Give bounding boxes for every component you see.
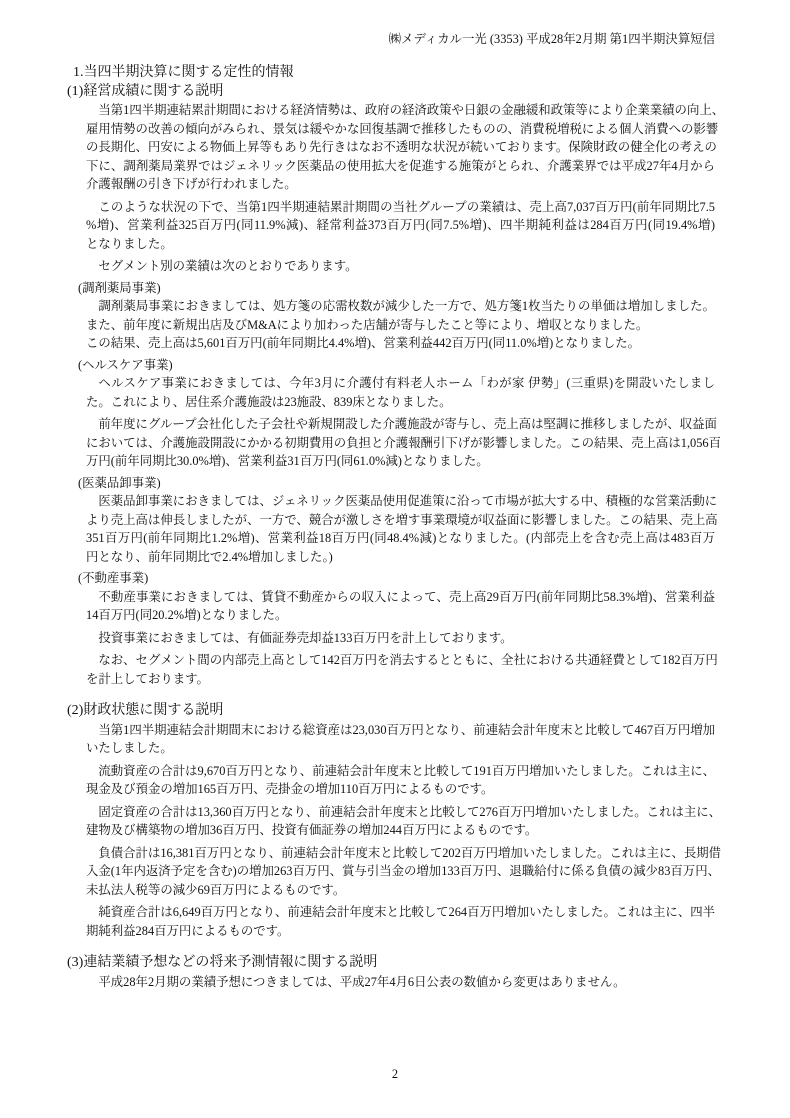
heading-financial-position: (2)財政状態に関する説明 xyxy=(67,702,715,721)
paragraph-line: 負債合計は16,381百万円となり、前連結会計年度末と比較して202百万円増加い… xyxy=(86,844,715,863)
paragraph-line: 現金及び預金の増加165百万円、売掛金の増加110百万円によるものです。 xyxy=(86,780,715,799)
paragraph-elimination: なお、セグメント間の内部売上高として142百万円を消去するとともに、全社における… xyxy=(86,651,715,688)
heading-qualitative-information: 1.当四半期決算に関する定性的情報 xyxy=(73,64,715,83)
paragraph-line: の長期化、円安による物価上昇等もあり先行きはなお不透明な状況が続いております。保… xyxy=(86,138,715,157)
segment-label-healthcare: (ヘルスケア事業) xyxy=(78,356,715,375)
paragraph-line: このような状況の下で、当第1四半期連結累計期間の当社グループの業績は、売上高7,… xyxy=(86,198,715,217)
paragraph-line: 万円(前年同期比30.0%増)、営業利益31百万円(同61.0%減)となりました… xyxy=(86,452,715,471)
paragraph-forecast: 平成28年2月期の業績予想につきましては、平成27年4月6日公表の数値から変更は… xyxy=(86,973,715,992)
paragraph-line: 雇用情勢の改善の傾向がみられ、景気は緩やかな回復基調で推移したものの、消費税増税… xyxy=(86,120,715,139)
paragraph-line: 入金(1年内返済予定を含む)の増加263百万円、賞与引当金の増加133百万円、退… xyxy=(86,862,715,881)
paragraph-line: となりました。 xyxy=(86,235,715,254)
paragraph-line: 純資産合計は6,649百万円となり、前連結会計年度末と比較して264百万円増加い… xyxy=(86,903,715,922)
paragraph-line: 平成28年2月期の業績予想につきましては、平成27年4月6日公表の数値から変更は… xyxy=(86,973,715,992)
heading-forecast: (3)連結業績予想などの将来予測情報に関する説明 xyxy=(67,954,715,973)
paragraph-line: においては、介護施設開設にかかる初期費用の負担と介護報酬引下げが影響しました。こ… xyxy=(86,434,715,453)
paragraph-line: 当第1四半期連結会計期間末における総資産は23,030百万円となり、前連結会計年… xyxy=(86,721,715,740)
paragraph-line: 当第1四半期連結累計期間における経済情勢は、政府の経済政策や日銀の金融緩和政策等… xyxy=(86,101,715,120)
document-page: ㈱メディカル一光 (3353) 平成28年2月期 第1四半期決算短信 1.当四半… xyxy=(0,0,790,1118)
paragraph-line: セグメント別の業績は次のとおりであります。 xyxy=(86,257,715,276)
paragraph-line: 前年度にグループ会社化した子会社や新規開設した介護施設が寄与し、売上高は堅調に推… xyxy=(86,415,715,434)
paragraph-line: た。これにより、居住系介護施設は23施設、839床となりました。 xyxy=(86,393,715,412)
paragraph-line: を計上しております。 xyxy=(86,670,715,689)
paragraph-real-estate: 不動産事業におきましては、賃貸不動産からの収入によって、売上高29百万円(前年同… xyxy=(86,588,715,625)
paragraph-net-assets: 純資産合計は6,649百万円となり、前連結会計年度末と比較して264百万円増加い… xyxy=(86,903,715,940)
document-content: ㈱メディカル一光 (3353) 平成28年2月期 第1四半期決算短信 1.当四半… xyxy=(73,31,715,991)
paragraph-healthcare-2: 前年度にグループ会社化した子会社や新規開設した介護施設が寄与し、売上高は堅調に推… xyxy=(86,415,715,471)
paragraph-line: より売上高は伸長しましたが、一方で、競合が激しさを増す事業環境が収益面に影響しま… xyxy=(86,511,715,530)
segment-label-real-estate: (不動産事業) xyxy=(78,569,715,588)
paragraph-segment-intro: セグメント別の業績は次のとおりであります。 xyxy=(86,257,715,276)
paragraph-healthcare-1: ヘルスケア事業におきましては、今年3月に介護付有料老人ホーム「わが家 伊勢」(三… xyxy=(86,374,715,411)
paragraph-line: 建物及び構築物の増加36百万円、投資有価証券の増加244百万円によるものです。 xyxy=(86,821,715,840)
document-body: 1.当四半期決算に関する定性的情報(1)経営成績に関する説明当第1四半期連結累計… xyxy=(73,64,715,991)
paragraph-line: なお、セグメント間の内部売上高として142百万円を消去するとともに、全社における… xyxy=(86,651,715,670)
paragraph-line: 固定資産の合計は13,360百万円となり、前連結会計年度末と比較して276百万円… xyxy=(86,803,715,822)
paragraph-liabilities: 負債合計は16,381百万円となり、前連結会計年度末と比較して202百万円増加い… xyxy=(86,844,715,900)
paragraph-fixed-assets: 固定資産の合計は13,360百万円となり、前連結会計年度末と比較して276百万円… xyxy=(86,803,715,840)
paragraph-line: 流動資産の合計は9,670百万円となり、前連結会計年度末と比較して191百万円増… xyxy=(86,762,715,781)
paragraph-pharmaceutical-wholesale: 医薬品卸事業におきましては、ジェネリック医薬品使用促進策に沿って市場が拡大する中… xyxy=(86,492,715,566)
segment-label-pharmaceutical-wholesale: (医薬品卸事業) xyxy=(78,474,715,493)
paragraph-line: 351百万円(前年同期比1.2%増)、営業利益18百万円(同48.4%減)となり… xyxy=(86,529,715,548)
paragraph-line: この結果、売上高は5,601百万円(前年同期比4.4%増)、営業利益442百万円… xyxy=(86,334,715,353)
heading-business-results: (1)経営成績に関する説明 xyxy=(67,83,715,102)
paragraph-line: 未払法人税等の減少69百万円によるものです。 xyxy=(86,881,715,900)
paragraph-line: ヘルスケア事業におきましては、今年3月に介護付有料老人ホーム「わが家 伊勢」(三… xyxy=(86,374,715,393)
paragraph-line: 投資事業におきましては、有価証券売却益133百万円を計上しております。 xyxy=(86,629,715,648)
paragraph-line: %増)、営業利益325百万円(同11.9%減)、経常利益373百万円(同7.5%… xyxy=(86,216,715,235)
paragraph-line: 調剤薬局事業におきましては、処方箋の応需枚数が減少した一方で、処方箋1枚当たりの… xyxy=(86,297,715,316)
paragraph-line: 14百万円(同20.2%増)となりました。 xyxy=(86,606,715,625)
paragraph-economic-environment: 当第1四半期連結累計期間における経済情勢は、政府の経済政策や日銀の金融緩和政策等… xyxy=(86,101,715,194)
paragraph-line: 不動産事業におきましては、賃貸不動産からの収入によって、売上高29百万円(前年同… xyxy=(86,588,715,607)
paragraph-line: また、前年度に新規出店及びM&Aにより加わった店舗が寄与したこと等により、増収と… xyxy=(86,316,715,335)
paragraph-investment: 投資事業におきましては、有価証券売却益133百万円を計上しております。 xyxy=(86,629,715,648)
paragraph-line: いたしました。 xyxy=(86,739,715,758)
paragraph-line: 下に、調剤薬局業界ではジェネリック医薬品の使用拡大を促進する施策がとられ、介護業… xyxy=(86,157,715,176)
paragraph-line: 円となり、前年同期比で2.4%増加しました。) xyxy=(86,548,715,567)
paragraph-line: 介護報酬の引き下げが行われました。 xyxy=(86,175,715,194)
page-header: ㈱メディカル一光 (3353) 平成28年2月期 第1四半期決算短信 xyxy=(73,31,715,47)
paragraph-group-results: このような状況の下で、当第1四半期連結累計期間の当社グループの業績は、売上高7,… xyxy=(86,198,715,254)
paragraph-dispensing-pharmacy: 調剤薬局事業におきましては、処方箋の応需枚数が減少した一方で、処方箋1枚当たりの… xyxy=(86,297,715,353)
paragraph-total-assets: 当第1四半期連結会計期間末における総資産は23,030百万円となり、前連結会計年… xyxy=(86,721,715,758)
paragraph-line: 期純利益284百万円によるものです。 xyxy=(86,922,715,941)
page-number: 2 xyxy=(0,1066,790,1082)
paragraph-current-assets: 流動資産の合計は9,670百万円となり、前連結会計年度末と比較して191百万円増… xyxy=(86,762,715,799)
segment-label-dispensing-pharmacy: (調剤薬局事業) xyxy=(78,279,715,298)
paragraph-line: 医薬品卸事業におきましては、ジェネリック医薬品使用促進策に沿って市場が拡大する中… xyxy=(86,492,715,511)
